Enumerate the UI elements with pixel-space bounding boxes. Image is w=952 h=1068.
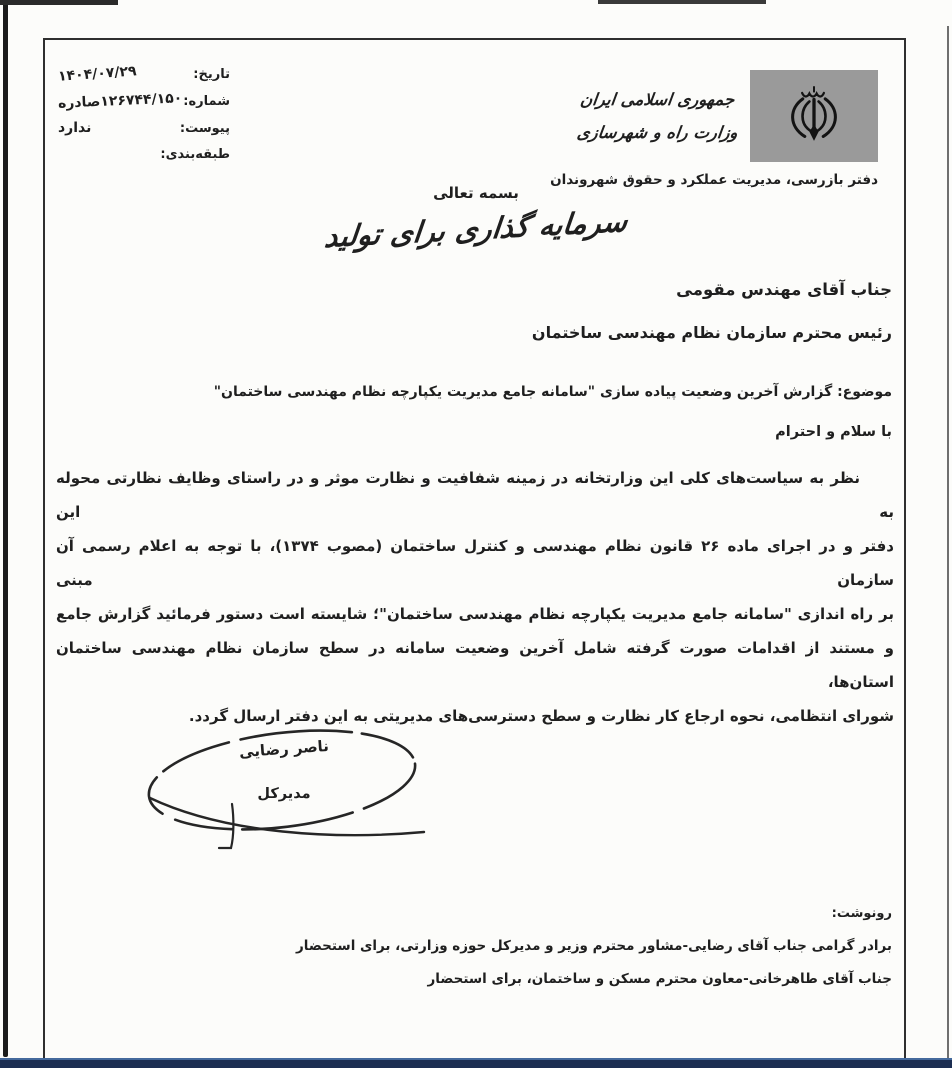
cc-item: برادر گرامی جناب آقای رضایی-مشاور محترم … [296,938,892,954]
attachment-value: ندارد [58,120,91,136]
meta-row-number: شماره: ۱۲۶۷۴۴/۱۵۰صادره [58,93,230,109]
salutation-line: با سلام و احترام [775,424,892,440]
meta-row-classification: طبقه‌بندی: [58,147,230,162]
meta-row-date: تاریخ: ۱۴۰۴/۰۷/۲۹ [58,66,230,82]
scan-bottom-bar [0,1058,952,1068]
cc-label: رونوشت: [296,906,892,921]
scan-edge-top-left [0,0,118,5]
attachment-label: پیوست: [180,121,230,136]
letter-body: نظر به سیاست‌های کلی این وزارتخانه در زم… [56,461,894,733]
cc-block: رونوشت: برادر گرامی جناب آقای رضایی-مشاو… [296,906,892,1004]
body-line: و مستند از اقدامات صورت گرفته شامل آخرین… [56,631,894,699]
scan-edge-right [947,26,949,1062]
signature-block: ناصر رضایی مدیرکل [126,716,442,866]
meta-row-attachment: پیوست: ندارد [58,120,230,136]
date-value: ۱۴۰۴/۰۷/۲۹ [58,63,138,84]
letter-meta-block: تاریخ: ۱۴۰۴/۰۷/۲۹ شماره: ۱۲۶۷۴۴/۱۵۰صادره… [58,66,230,173]
signer-title: مدیرکل [126,786,442,802]
recipient-name: جناب آقای مهندس مقومی [532,280,892,299]
body-line: دفتر و در اجرای ماده ۲۶ قانون نظام مهندس… [56,529,894,597]
scan-edge-left [3,0,8,1057]
iran-emblem-icon [750,70,878,162]
body-line: بر راه اندازی "سامانه جامع مدیریت یکپارچ… [56,597,894,631]
recipient-block: جناب آقای مهندس مقومی رئیس محترم سازمان … [532,280,892,342]
date-label: تاریخ: [193,67,230,82]
cc-item: جناب آقای طاهرخانی-معاون محترم مسکن و سا… [296,971,892,987]
letterhead: جمهوری اسلامی ایران وزارت راه و شهرسازی … [578,70,878,188]
ministry-name: وزارت راه و شهرسازی [576,123,739,142]
number-value: ۱۲۶۷۴۴/۱۵۰صادره [58,90,183,111]
body-line: نظر به سیاست‌های کلی این وزارتخانه در زم… [56,461,894,529]
classification-label: طبقه‌بندی: [160,147,230,162]
scan-edge-top-mid [598,0,766,4]
scanned-letter-page: تاریخ: ۱۴۰۴/۰۷/۲۹ شماره: ۱۲۶۷۴۴/۱۵۰صادره… [0,0,952,1068]
country-name: جمهوری اسلامی ایران [576,90,739,109]
subject-line: موضوع: گزارش آخرین وضعیت پیاده سازی "سام… [214,384,892,400]
recipient-title: رئیس محترم سازمان نظام مهندسی ساختمان [532,323,892,342]
number-label: شماره: [183,94,230,109]
